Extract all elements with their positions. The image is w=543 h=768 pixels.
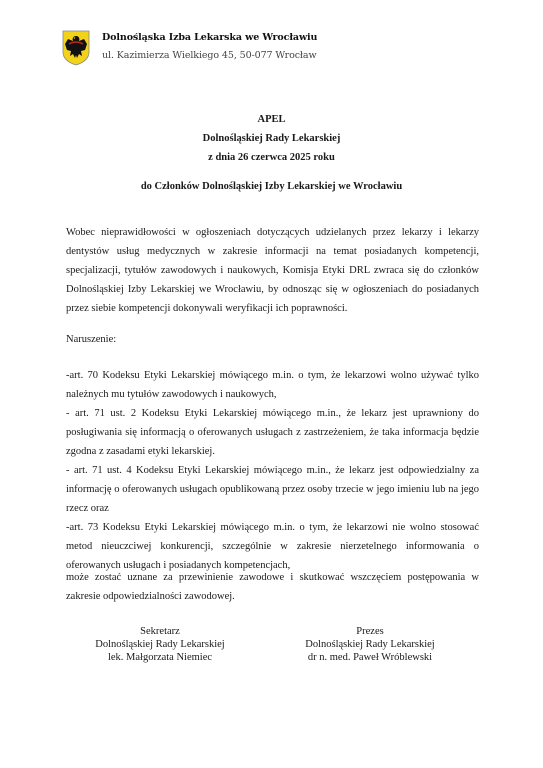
title-line-3: z dnia 26 czerwca 2025 roku bbox=[0, 148, 543, 167]
violation-item: -art. 70 Kodeksu Etyki Lekarskiej mówiąc… bbox=[66, 366, 479, 404]
addressee: do Członków Dolnośląskiej Izby Lekarskie… bbox=[0, 181, 543, 192]
intro-paragraph: Wobec nieprawidłowości w ogłoszeniach do… bbox=[66, 223, 479, 318]
title-line-2: Dolnośląskiej Rady Lekarskiej bbox=[0, 129, 543, 148]
signature-body: Dolnośląskiej Rady Lekarskiej bbox=[60, 638, 260, 651]
conclusion-paragraph: może zostać uznane za przewinienie zawod… bbox=[66, 568, 479, 606]
signature-name: lek. Małgorzata Niemiec bbox=[60, 651, 260, 664]
silesian-eagle-logo-icon bbox=[62, 30, 90, 66]
violations-list: -art. 70 Kodeksu Etyki Lekarskiej mówiąc… bbox=[66, 366, 479, 575]
violation-item: - art. 71 ust. 2 Kodeksu Etyki Lekarskie… bbox=[66, 404, 479, 461]
letterhead: Dolnośląska Izba Lekarska we Wrocławiu u… bbox=[62, 30, 317, 66]
document-title: APEL Dolnośląskiej Rady Lekarskiej z dni… bbox=[0, 110, 543, 167]
organization-address: ul. Kazimierza Wielkiego 45, 50-077 Wroc… bbox=[102, 50, 317, 61]
violation-label: Naruszenie: bbox=[66, 330, 479, 349]
violation-item: - art. 71 ust. 4 Kodeksu Etyki Lekarskie… bbox=[66, 461, 479, 518]
signature-role: Prezes bbox=[270, 625, 470, 638]
signature-secretary: Sekretarz Dolnośląskiej Rady Lekarskiej … bbox=[60, 625, 260, 664]
signature-president: Prezes Dolnośląskiej Rady Lekarskiej dr … bbox=[270, 625, 470, 664]
organization-name: Dolnośląska Izba Lekarska we Wrocławiu bbox=[102, 32, 317, 43]
title-line-1: APEL bbox=[0, 110, 543, 129]
signature-name: dr n. med. Paweł Wróblewski bbox=[270, 651, 470, 664]
violation-item: -art. 73 Kodeksu Etyki Lekarskiej mówiąc… bbox=[66, 518, 479, 575]
signature-role: Sekretarz bbox=[60, 625, 260, 638]
signature-body: Dolnośląskiej Rady Lekarskiej bbox=[270, 638, 470, 651]
